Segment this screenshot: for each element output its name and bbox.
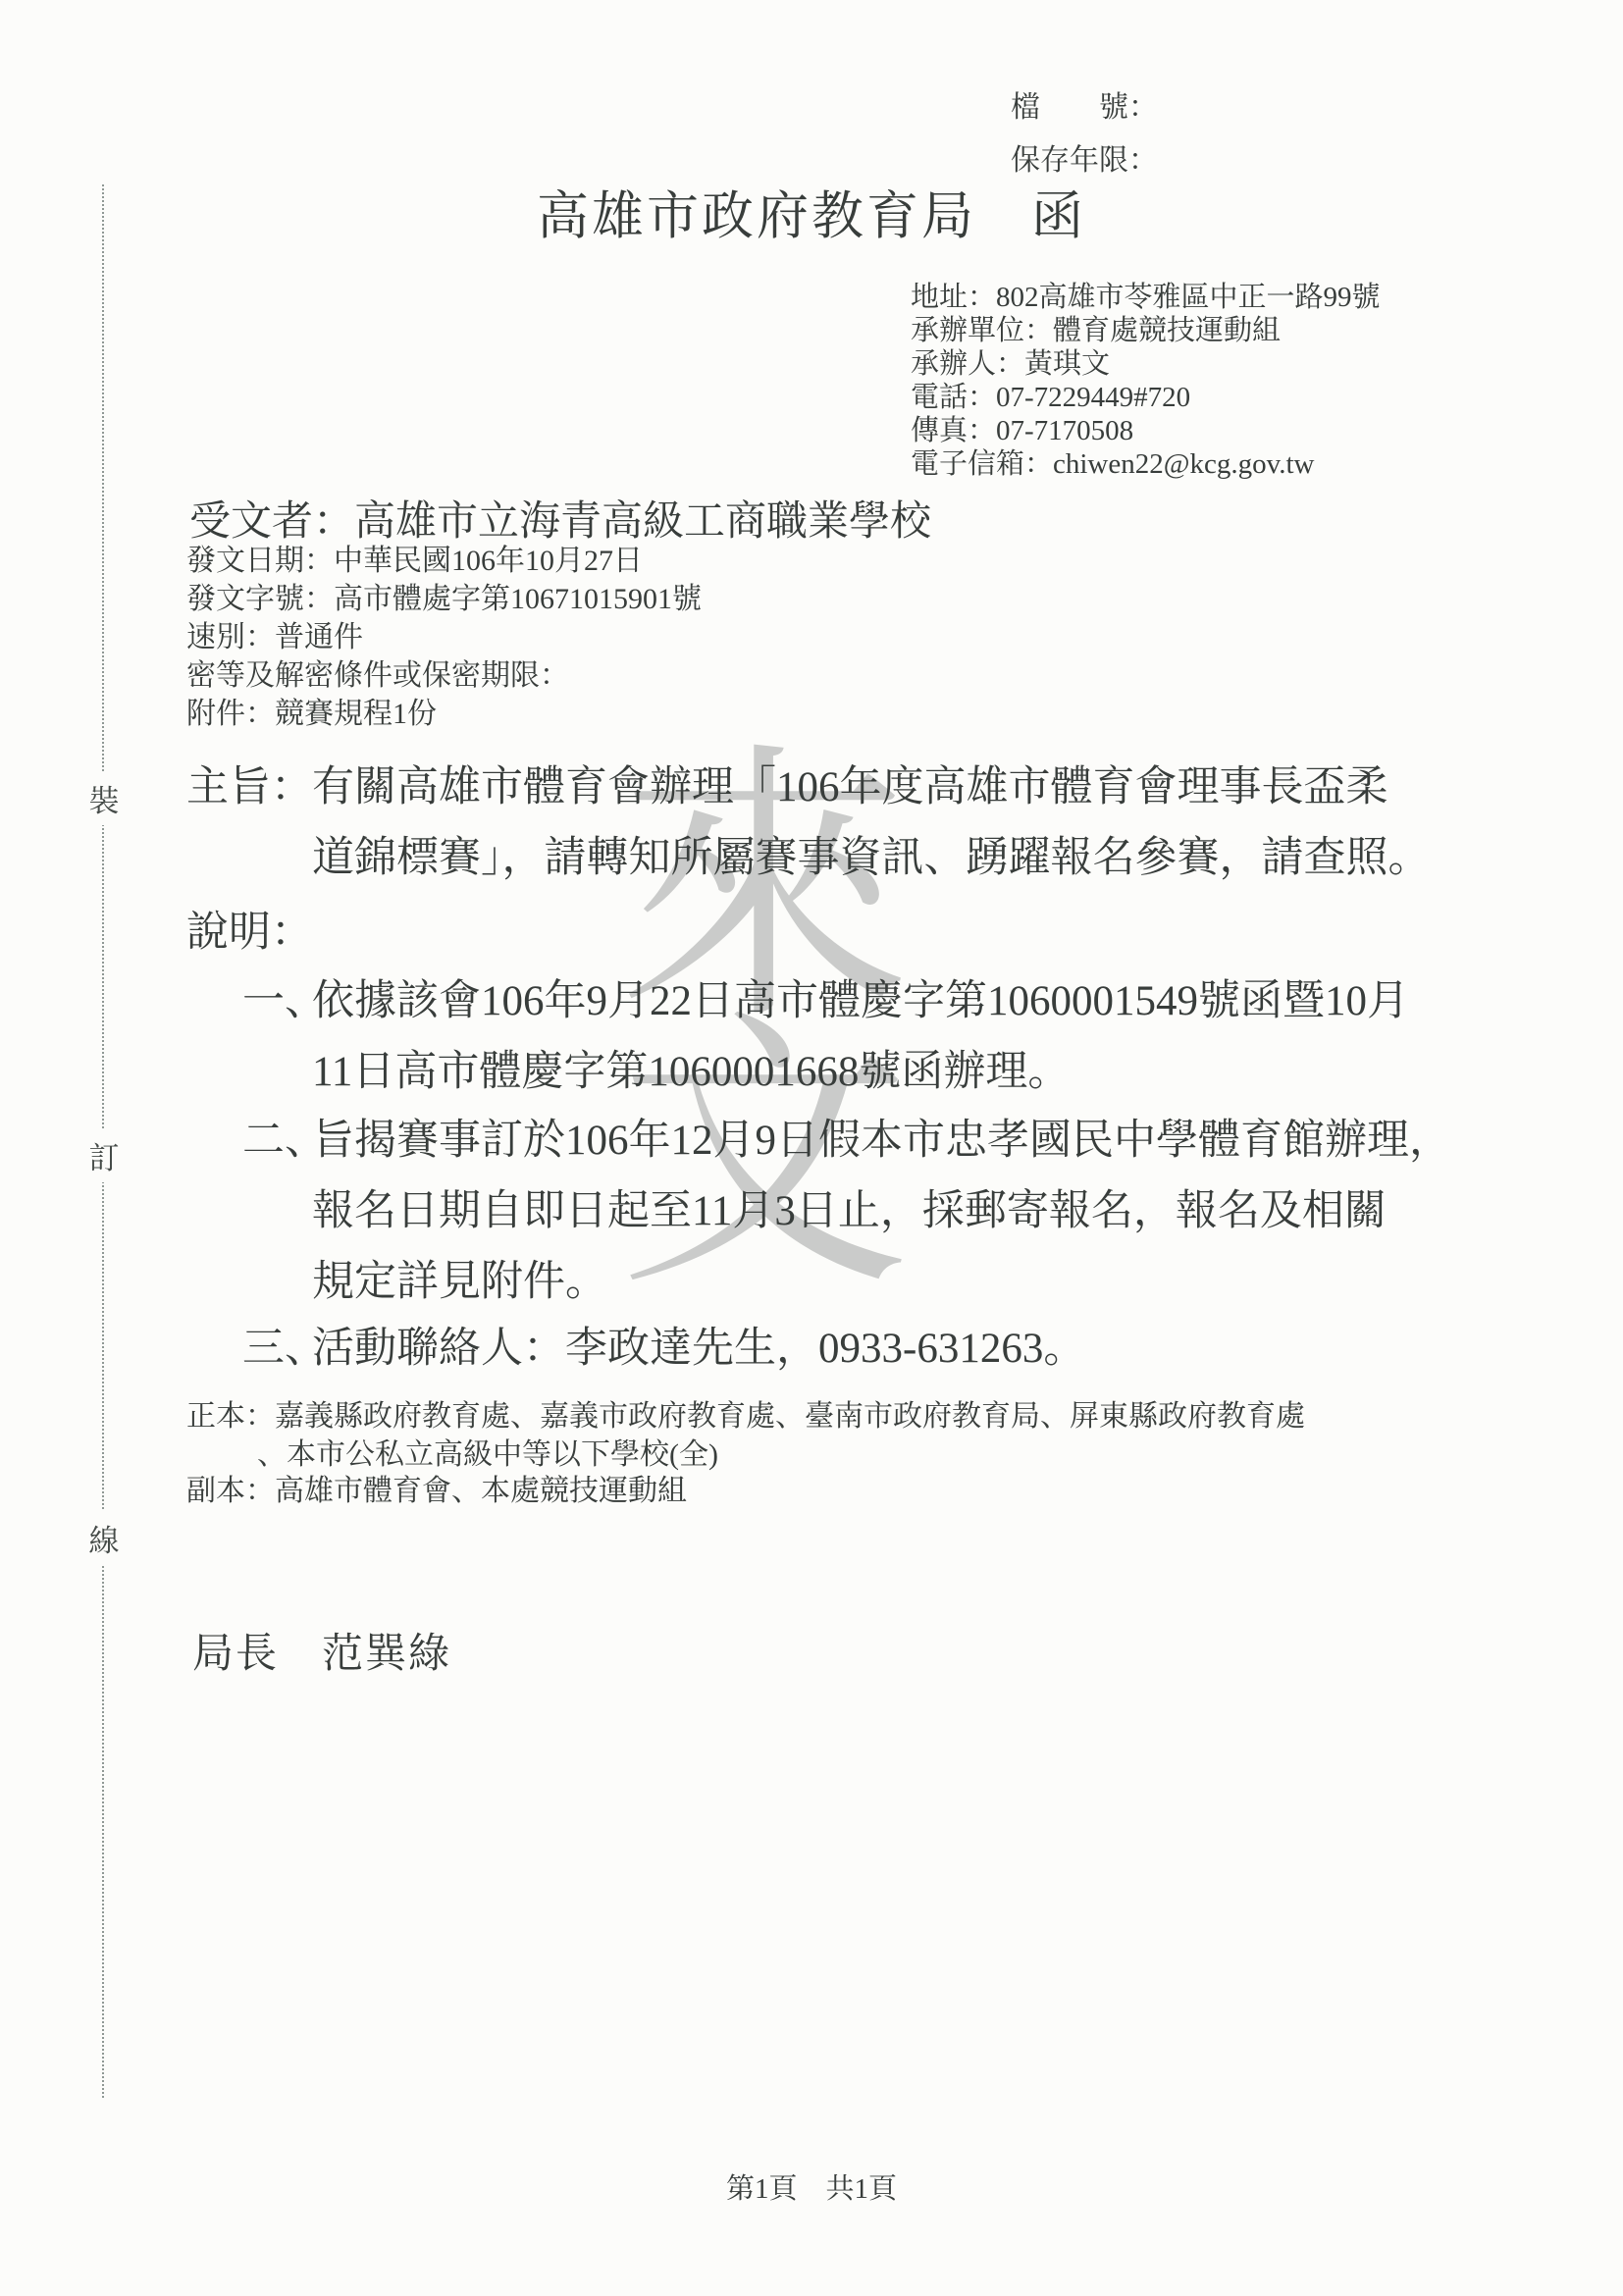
sender-unit: 承辦單位：體育處競技運動組 xyxy=(911,314,1381,347)
file-number-label: 檔 號： xyxy=(1011,82,1158,126)
explanation-item-3-line-1: 活動聯絡人：李政達先生，0933-631263。 xyxy=(312,1315,1085,1375)
doc-number-line: 發文字號：高市體處字第10671015901號 xyxy=(186,580,702,618)
binding-mark-ding: 訂 xyxy=(84,1128,124,1182)
document-content: 裝 訂 線 檔 號： 保存年限： 高雄市政府教育局 函 地址：802高雄市苓雅區… xyxy=(0,0,1623,2296)
security-class-line: 密等及解密條件或保密期限： xyxy=(186,656,702,695)
sender-fax: 傳真：07-7170508 xyxy=(911,414,1381,447)
page-number-footer: 第1頁 共1頁 xyxy=(0,2166,1623,2207)
sender-phone: 電話：07-7229449#720 xyxy=(911,381,1381,414)
document-title: 高雄市政府教育局 函 xyxy=(0,175,1623,249)
original-copy-line-1: 正本：嘉義縣政府教育處、嘉義市政府教育處、臺南市政府教育局、屏東縣政府教育處 xyxy=(186,1391,1305,1435)
sender-info-block: 地址：802高雄市苓雅區中正一路99號 承辦單位：體育處競技運動組 承辦人：黃琪… xyxy=(911,281,1381,481)
director-signature-line: 局長 范巽綠 xyxy=(192,1621,451,1680)
explanation-label: 說明： xyxy=(186,899,313,959)
sender-address: 地址：802高雄市苓雅區中正一路99號 xyxy=(911,281,1381,314)
sender-contact-person: 承辦人：黃琪文 xyxy=(911,347,1381,381)
binding-mark-zhuang: 裝 xyxy=(84,771,124,825)
recipient-line: 受文者：高雄市立海青高級工商職業學校 xyxy=(189,489,931,548)
document-page: 來 文 裝 訂 線 檔 號： 保存年限： 高雄市政府教育局 函 地址：802高雄… xyxy=(0,0,1623,2296)
explanation-item-1-line-1: 依據該會106年9月22日高市體慶字第1060001549號函暨10月 xyxy=(312,967,1409,1027)
subject-line-1: 有關高雄市體育會辦理「106年度高雄市體育會理事長盃柔 xyxy=(312,754,1388,813)
subject-line-2: 道錦標賽」，請轉知所屬賽事資訊、踴躍報名參賽，請查照。 xyxy=(312,824,1431,884)
sender-email: 電子信箱：chiwen22@kcg.gov.tw xyxy=(911,447,1381,481)
issue-date-line: 發文日期：中華民國106年10月27日 xyxy=(186,542,702,580)
explanation-item-2-line-2: 報名日期自即日起至11月3日止，採郵寄報名，報名及相關 xyxy=(312,1177,1387,1237)
document-meta-block: 發文日期：中華民國106年10月27日 發文字號：高市體處字第106710159… xyxy=(186,542,702,733)
subject-label: 主旨： xyxy=(186,754,313,813)
binding-mark-xian: 線 xyxy=(84,1511,124,1565)
speed-class-line: 速別：普通件 xyxy=(186,618,702,656)
explanation-item-1-line-2: 11日高市體慶字第1060001668號函辦理。 xyxy=(312,1038,1070,1098)
explanation-item-2-line-3: 規定詳見附件。 xyxy=(312,1248,607,1308)
retention-period-label: 保存年限： xyxy=(1011,135,1158,179)
attachment-line: 附件：競賽規程1份 xyxy=(186,695,702,733)
explanation-item-2-line-1: 旨揭賽事訂於106年12月9日假本市忠孝國民中學體育館辦理， xyxy=(312,1107,1451,1167)
carbon-copy-line: 副本：高雄市體育會、本處競技運動組 xyxy=(186,1466,687,1509)
